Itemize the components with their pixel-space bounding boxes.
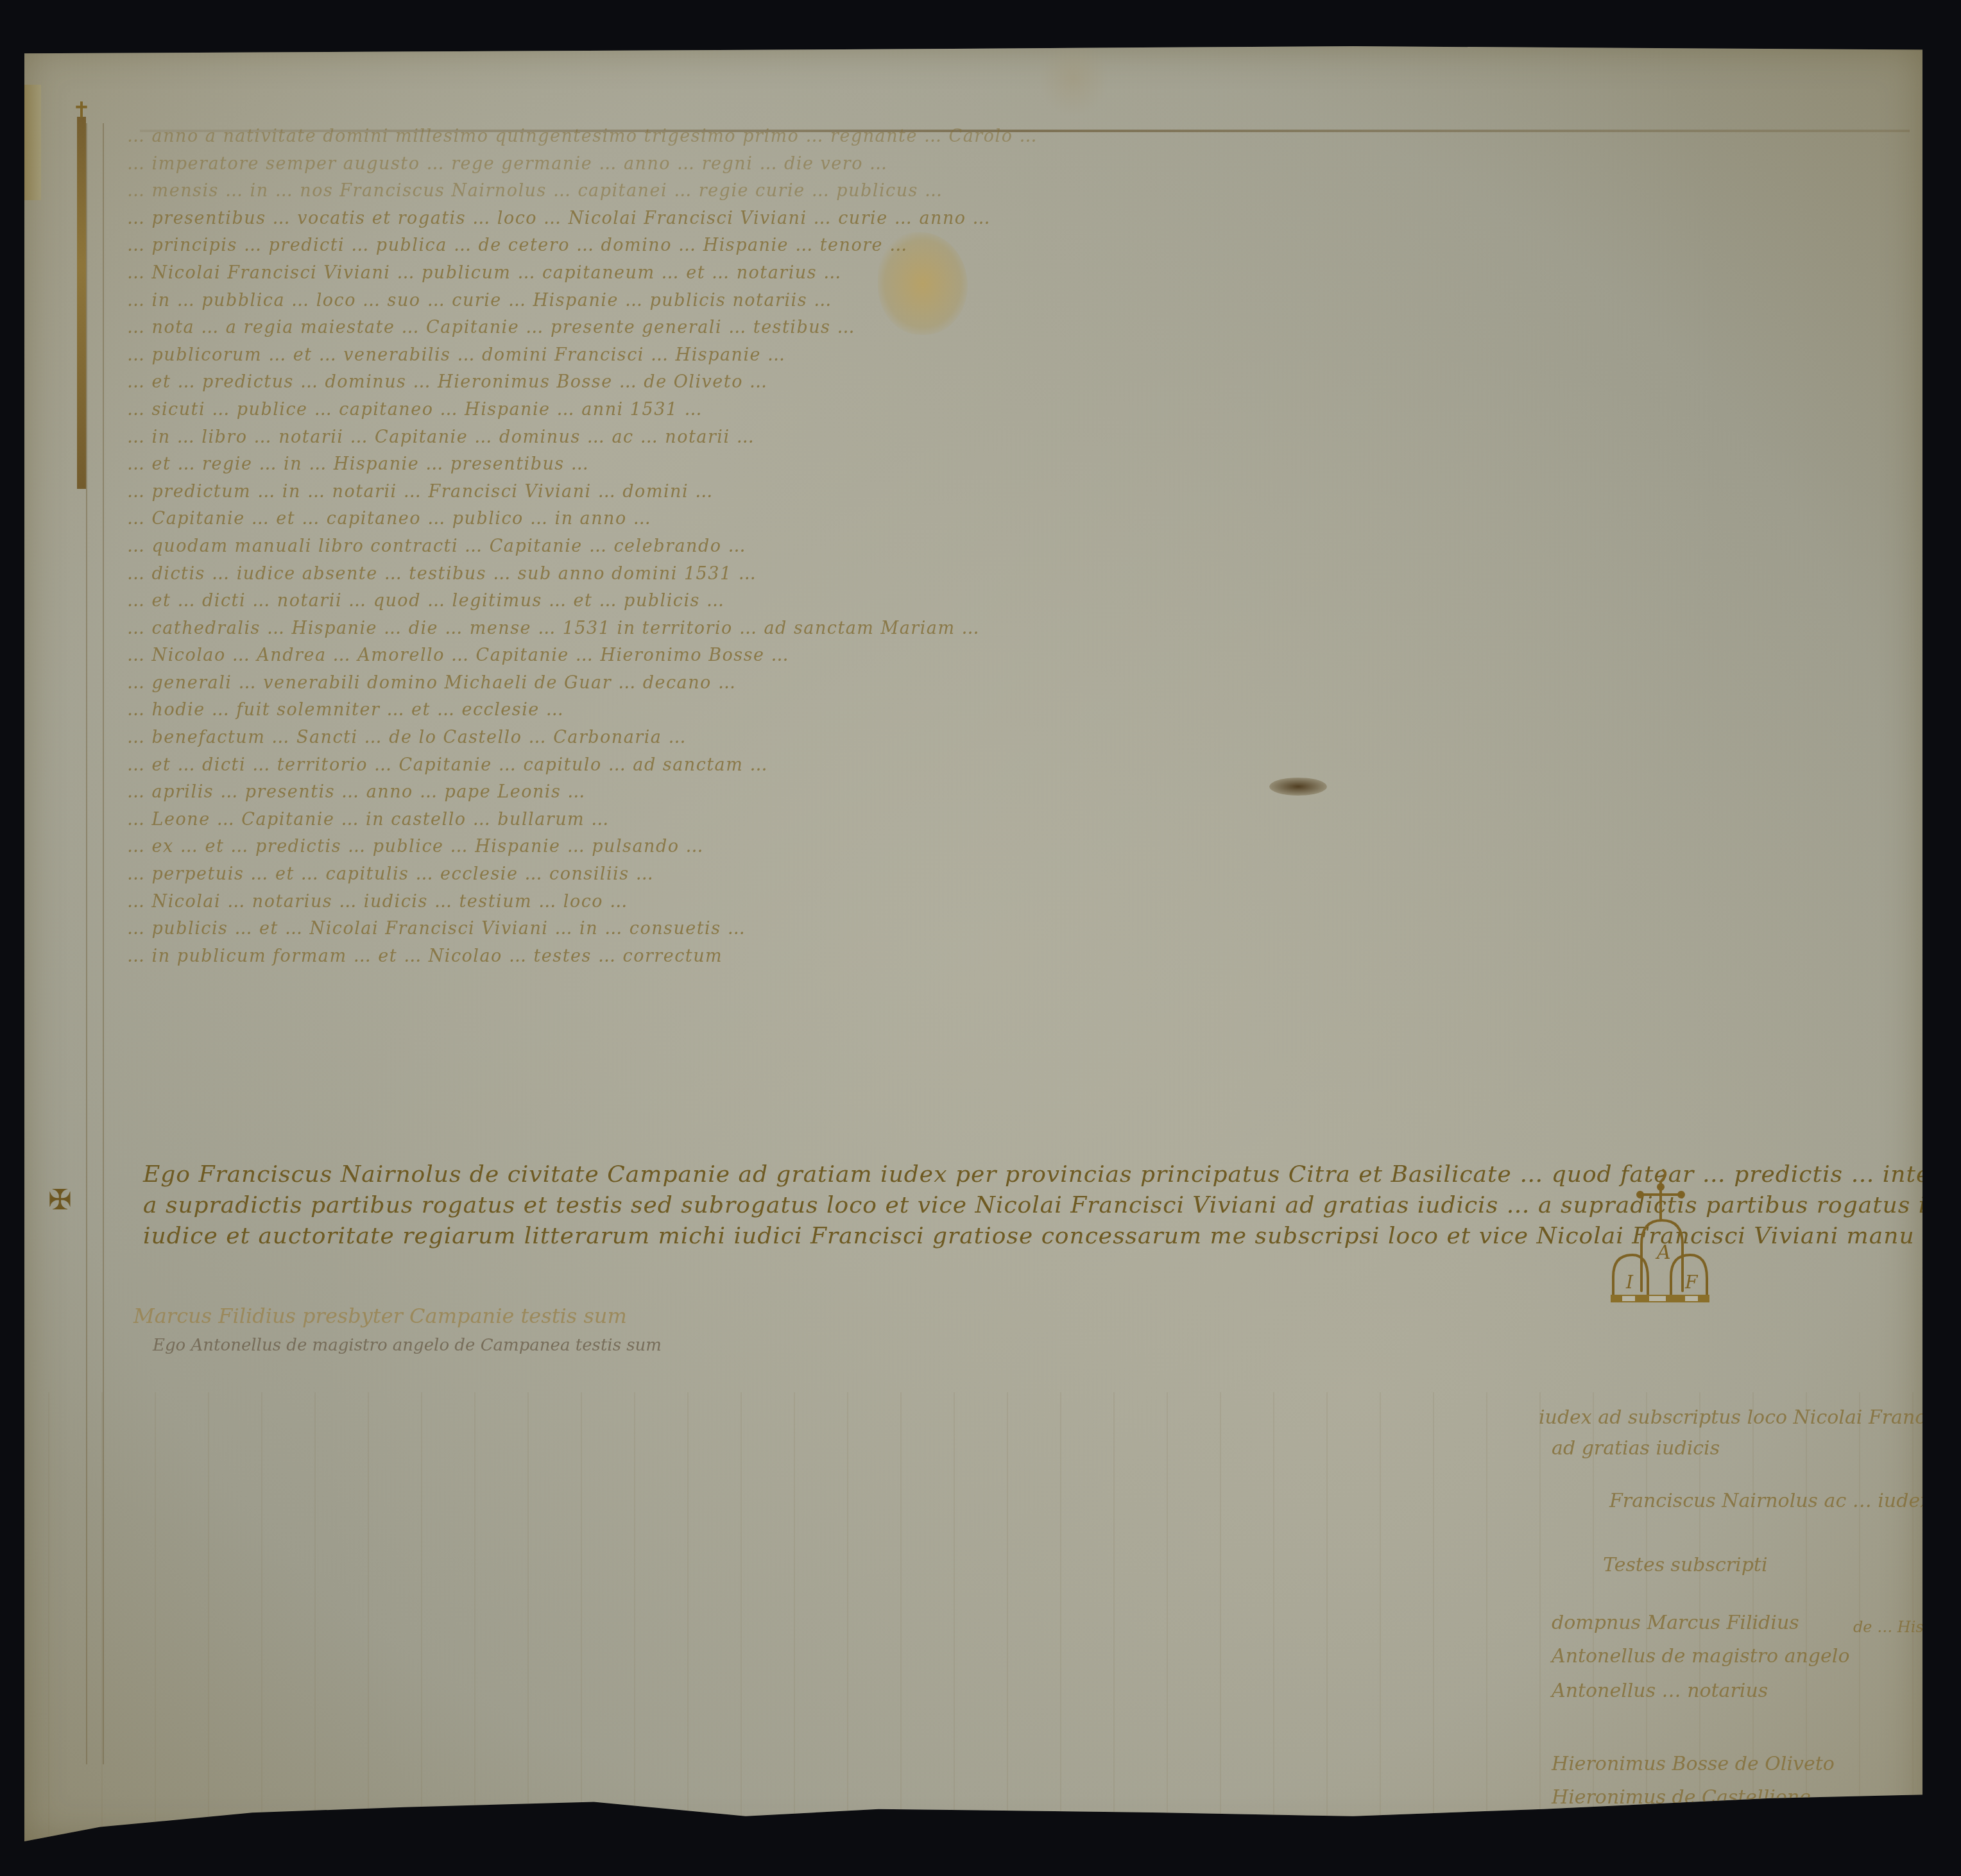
note-line: Antonellus … notarius (1552, 1680, 1768, 1702)
parchment-edge-band (24, 85, 41, 200)
main-text-block: … anno a nativitate domini millesimo qui… (127, 123, 1898, 970)
note-line: dompnus Marcus Filidius (1552, 1612, 1799, 1634)
subscription-line: iudice et auctoritate regiarum litteraru… (143, 1221, 1555, 1252)
text-line: … principis … predicti … publica … de ce… (127, 232, 1898, 260)
svg-text:I: I (1625, 1272, 1634, 1293)
text-line: … sicuti … publice … capitaneo … Hispani… (127, 397, 1898, 424)
text-line: … benefactum … Sancti … de lo Castello …… (127, 724, 1898, 752)
text-line: … in publicum formam … et … Nicolao … te… (127, 943, 1898, 971)
text-line: … et … regie … in … Hispanie … presentib… (127, 451, 1898, 479)
cross-icon: ✠ (48, 1184, 72, 1216)
note-line: Hieronimus Bosse de Oliveto (1552, 1753, 1835, 1775)
text-line: … in … libro … notarii … Capitanie … dom… (127, 424, 1898, 452)
text-line: … generali … venerabili domino Michaeli … (127, 670, 1898, 697)
subscription-line: a supradictis partibus rogatus et testis… (143, 1190, 1555, 1221)
faint-stain (1038, 40, 1109, 117)
margin-note: de … Hispanie (1853, 1618, 1961, 1636)
text-line: … Nicolai … notarius … iudicis … testium… (127, 889, 1898, 916)
text-line: … dictis … iudice absente … testibus … s… (127, 561, 1898, 588)
text-line: … Capitanie … et … capitaneo … publico …… (127, 506, 1898, 533)
subscription-line: Ego Franciscus Nairnolus de civitate Cam… (143, 1159, 1555, 1190)
note-line: ad gratias iudicis (1552, 1437, 1720, 1460)
note-line: Antonellus de magistro angelo (1552, 1645, 1849, 1667)
text-line: … hodie … fuit solemniter … et … ecclesi… (127, 697, 1898, 724)
text-line: … presentibus … vocatis et rogatis … loc… (127, 205, 1898, 233)
text-line: … perpetuis … et … capitulis … ecclesie … (127, 861, 1898, 889)
margin-ink-bar (77, 117, 86, 489)
parchment-sheet: ✝ … anno a nativitate domini millesimo q… (24, 46, 1922, 1841)
text-line: … quodam manuali libro contracti … Capit… (127, 533, 1898, 561)
text-line: … et … dicti … notarii … quod … legitimu… (127, 588, 1898, 615)
text-line: … cathedralis … Hispanie … die … mense …… (127, 615, 1898, 643)
text-line: … anno a nativitate domini millesimo qui… (127, 123, 1898, 151)
text-line: … Leone … Capitanie … in castello … bull… (127, 806, 1898, 834)
note-line: iudex ad subscriptus loco Nicolai Franci… (1539, 1406, 1961, 1429)
text-line: … Nicolao … Andrea … Amorello … Capitani… (127, 642, 1898, 670)
cross-icon: ✝ (72, 98, 91, 123)
notary-subscription: ✠ Ego Franciscus Nairnolus de civitate C… (143, 1159, 1555, 1252)
witness-signature: Marcus Filidius presbyter Campanie testi… (133, 1304, 627, 1328)
text-line: … in … pubblica … loco … suo … curie … H… (127, 287, 1898, 315)
note-line: Franciscus Nairnolus ac … iudex (1609, 1490, 1931, 1512)
svg-text:A: A (1655, 1241, 1671, 1264)
text-line: … ex … et … predictis … publice … Hispan… (127, 833, 1898, 861)
text-line: … publicis … et … Nicolai Francisci Vivi… (127, 916, 1898, 943)
text-line: … mensis … in … nos Franciscus Nairnolus… (127, 178, 1898, 205)
text-line: … publicorum … et … venerabilis … domini… (127, 342, 1898, 370)
text-line: … Nicolai Francisci Viviani … publicum …… (127, 260, 1898, 287)
text-line: … aprilis … presentis … anno … pape Leon… (127, 779, 1898, 806)
text-line: … et … dicti … territorio … Capitanie … … (127, 752, 1898, 780)
witness-signature: Ego Antonellus de magistro angelo de Cam… (153, 1336, 662, 1355)
notary-sign-icon: A I F (1590, 1169, 1731, 1323)
text-line: … et … predictus … dominus … Hieronimus … (127, 369, 1898, 397)
note-line: Testes subscripti (1603, 1554, 1767, 1576)
text-line: … predictum … in … notarii … Francisci V… (127, 479, 1898, 506)
margin-ruling-line (86, 123, 87, 1764)
svg-text:F: F (1684, 1272, 1699, 1293)
margin-ruling-line (103, 123, 104, 1764)
text-line: … nota … a regia maiestate … Capitanie …… (127, 314, 1898, 342)
note-line: Hieronimus de Castellione (1552, 1786, 1811, 1809)
text-line: … imperatore semper augusto … rege germa… (127, 151, 1898, 178)
